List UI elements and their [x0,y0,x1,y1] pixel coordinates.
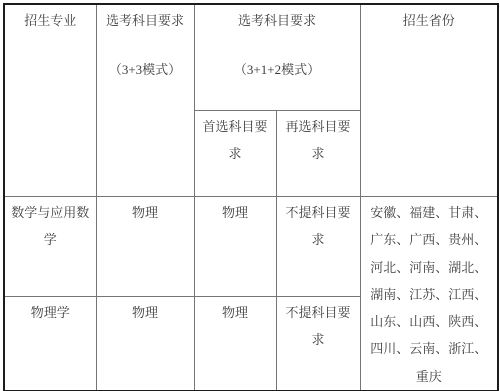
cell-major: 数学与应用数学 [4,197,96,297]
cell-mode33-requirement: 物理 [96,197,194,297]
header-mode312-title: 选考科目要求 [199,7,356,34]
header-provinces-label: 招生省份 [365,7,494,34]
header-mode33-title: 选考科目要求 [101,7,190,34]
admission-requirements-table: 招生专业 选考科目要求 （3+3模式） 选考科目要求 （3+1+2模式） 招生省… [3,3,499,391]
cell-second-choice-requirement: 不提科目要求 [276,197,360,297]
table-row: 数学与应用数学 物理 物理 不提科目要求 安徽、福建、甘肃、广东、广西、贵州、河… [4,197,498,297]
header-cell-mode33: 选考科目要求 （3+3模式） [96,4,194,197]
header-cell-second-subject: 再选科目要求 [276,111,360,197]
header-cell-provinces: 招生省份 [360,4,498,197]
cell-mode33-requirement: 物理 [96,297,194,391]
header-mode312-subtitle: （3+1+2模式） [199,56,356,83]
cell-second-choice-requirement: 不提科目要求 [276,297,360,391]
header-mode33-subtitle: （3+3模式） [101,56,190,83]
cell-first-choice-requirement: 物理 [194,297,276,391]
cell-provinces-list: 安徽、福建、甘肃、广东、广西、贵州、河北、河南、湖北、湖南、江苏、江西、山东、山… [360,197,498,391]
header-cell-major: 招生专业 [4,4,96,197]
page: 招生专业 选考科目要求 （3+3模式） 选考科目要求 （3+1+2模式） 招生省… [0,0,500,391]
header-cell-first-subject: 首选科目要求 [194,111,276,197]
cell-first-choice-requirement: 物理 [194,197,276,297]
header-row-top: 招生专业 选考科目要求 （3+3模式） 选考科目要求 （3+1+2模式） 招生省… [4,4,498,111]
header-major-label: 招生专业 [9,7,92,34]
cell-major: 物理学 [4,297,96,391]
header-cell-mode312: 选考科目要求 （3+1+2模式） [194,4,360,111]
